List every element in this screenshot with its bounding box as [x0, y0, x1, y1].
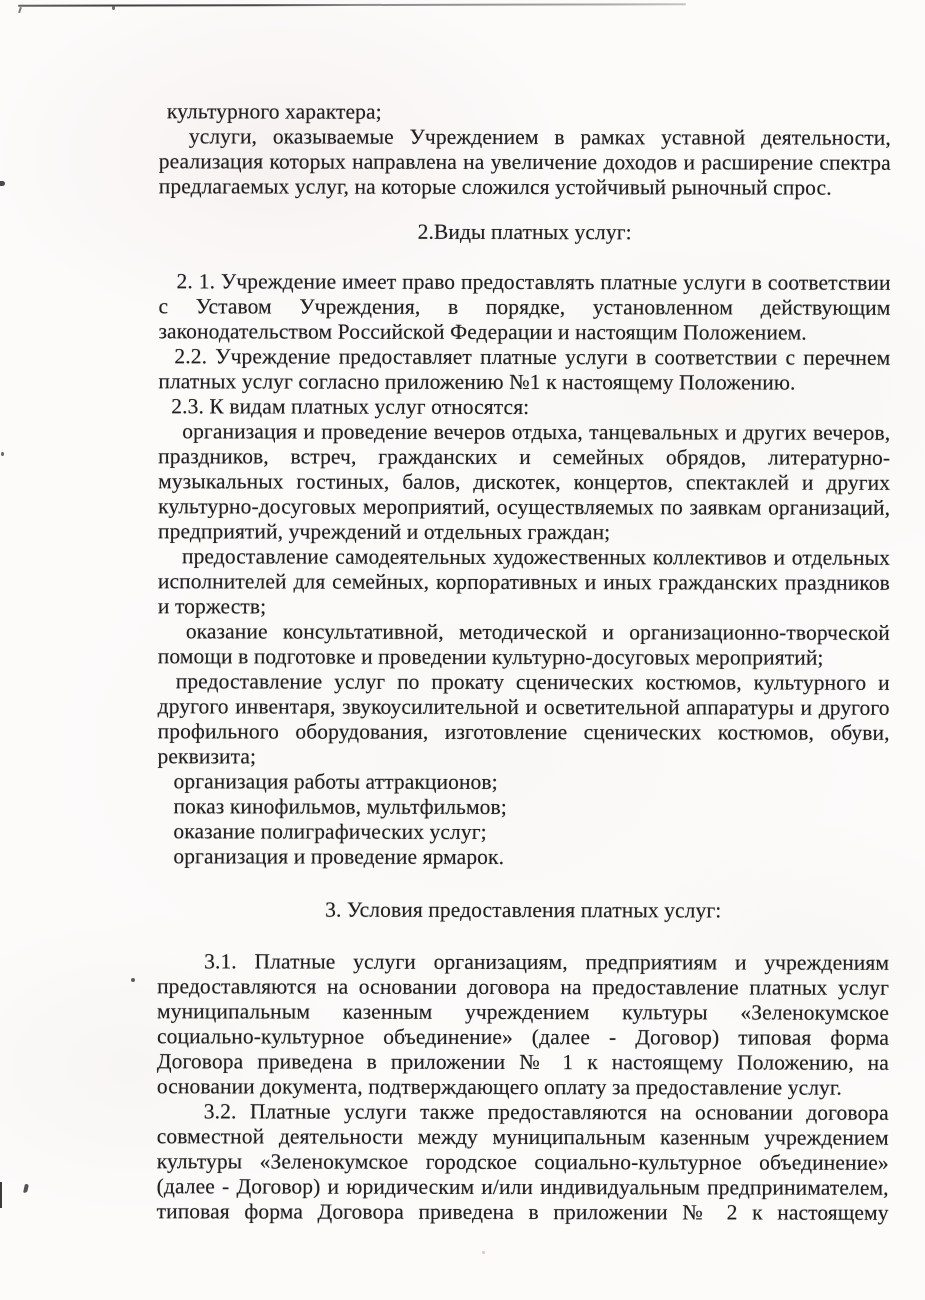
continuation-line: культурного характера;: [159, 99, 891, 126]
para-2-1-line-1: 2. 1. Учреждение имеет право предоставля…: [159, 269, 891, 296]
para-3-2-line-5: типовая форма Договора приведена в прило…: [157, 1199, 889, 1226]
para-3-2-line-4: (далее - Договор) и юридическим и/или ин…: [157, 1174, 889, 1201]
list-item-events-line-5: предприятий, учреждений и отдельных граж…: [158, 519, 890, 546]
list-item-printing: оказание полиграфических услуг;: [157, 819, 889, 846]
para-services-overview-line-3: предлагаемых услуг, на которые сложился …: [159, 174, 891, 201]
list-item-rental-line-4: реквизита;: [158, 744, 890, 771]
list-item-collectives-line-1: предоставление самодеятельных художестве…: [158, 544, 890, 571]
scan-tick-artifact: [18, 7, 22, 13]
para-3-1-line-3: муниципальным казенным учреждением культ…: [157, 999, 889, 1026]
para-2-1-line-3: законодательством Российской Федерации и…: [158, 319, 890, 346]
scan-speck-artifact: [482, 1251, 485, 1254]
list-item-rental-line-3: профильного оборудования, изготовление с…: [158, 719, 890, 746]
para-3-2-line-2: совместной деятельности между муниципаль…: [157, 1124, 889, 1151]
document-text: культурного характера;услуги, оказываемы…: [157, 0, 892, 1226]
para-3-1-line-6: основании документа, подтверждающего опл…: [157, 1074, 889, 1101]
list-item-events-line-1: организация и проведение вечеров отдыха,…: [158, 419, 890, 446]
list-item-collectives-line-2: исполнителей для семейных, корпоративных…: [158, 569, 890, 596]
para-2-3: 2.3. К видам платных услуг относятся:: [158, 394, 890, 421]
scan-dot-artifact: [112, 6, 115, 10]
para-3-2-line-3: культуры «Зеленокумское городское социал…: [157, 1149, 889, 1176]
scan-dot-artifact: [131, 978, 135, 982]
list-item-fairs: организация и проведение ярмарок.: [157, 844, 889, 871]
heading-section-3: 3. Условия предоставления платных услуг:: [157, 897, 889, 924]
scan-edge-artifact: [0, 1182, 2, 1208]
para-services-overview-line-2: реализация которых направлена на увеличе…: [159, 149, 891, 176]
para-3-2-line-1: 3.2. Платные услуги также предоставляютс…: [157, 1099, 889, 1126]
list-item-events-line-3: музыкальных гостиных, балов, дискотек, к…: [158, 469, 890, 496]
list-item-collectives-line-3: и торжеств;: [158, 594, 890, 621]
scan-dot-artifact: [1, 452, 4, 456]
heading-section-2: 2.Виды платных услуг:: [159, 219, 891, 246]
list-item-rental-line-2: другого инвентаря, звукоусилительной и о…: [158, 694, 890, 721]
list-item-films: показ кинофильмов, мультфильмов;: [157, 794, 889, 821]
list-item-consulting-line-1: оказание консультативной, методической и…: [158, 619, 890, 646]
list-item-rental-line-1: предоставление услуг по прокату сценичес…: [158, 669, 890, 696]
list-item-attractions: организация работы аттракционов;: [157, 769, 889, 796]
para-3-1-line-2: предоставляются на основании договора на…: [157, 974, 889, 1001]
document-page: культурного характера;услуги, оказываемы…: [0, 0, 925, 1300]
para-2-2-line-2: платных услуг согласно приложению №1 к н…: [158, 369, 890, 396]
scanned-document: { "page": { "background": "#fcfbfa", "in…: [0, 0, 925, 1300]
para-3-1-line-1: 3.1. Платные услуги организациям, предпр…: [157, 949, 889, 976]
scan-smudge-artifact: [0, 181, 5, 186]
para-services-overview-line-1: услуги, оказываемые Учреждением в рамках…: [159, 124, 891, 151]
para-3-1-line-5: Договора приведена в приложении № 1 к на…: [157, 1049, 889, 1076]
para-2-1-line-2: с Уставом Учреждения, в порядке, установ…: [158, 294, 890, 321]
list-item-events-line-2: праздников, встреч, гражданских и семейн…: [158, 444, 890, 471]
list-item-consulting-line-2: помощи в подготовке и проведении культур…: [158, 644, 890, 671]
scan-comma-artifact: [23, 1184, 29, 1194]
para-2-2-line-1: 2.2. Учреждение предоставляет платные ус…: [158, 344, 890, 371]
list-item-events-line-4: культурно-досуговых мероприятий, осущест…: [158, 494, 890, 521]
para-3-1-line-4: социально-культурное объединение» (далее…: [157, 1024, 889, 1051]
